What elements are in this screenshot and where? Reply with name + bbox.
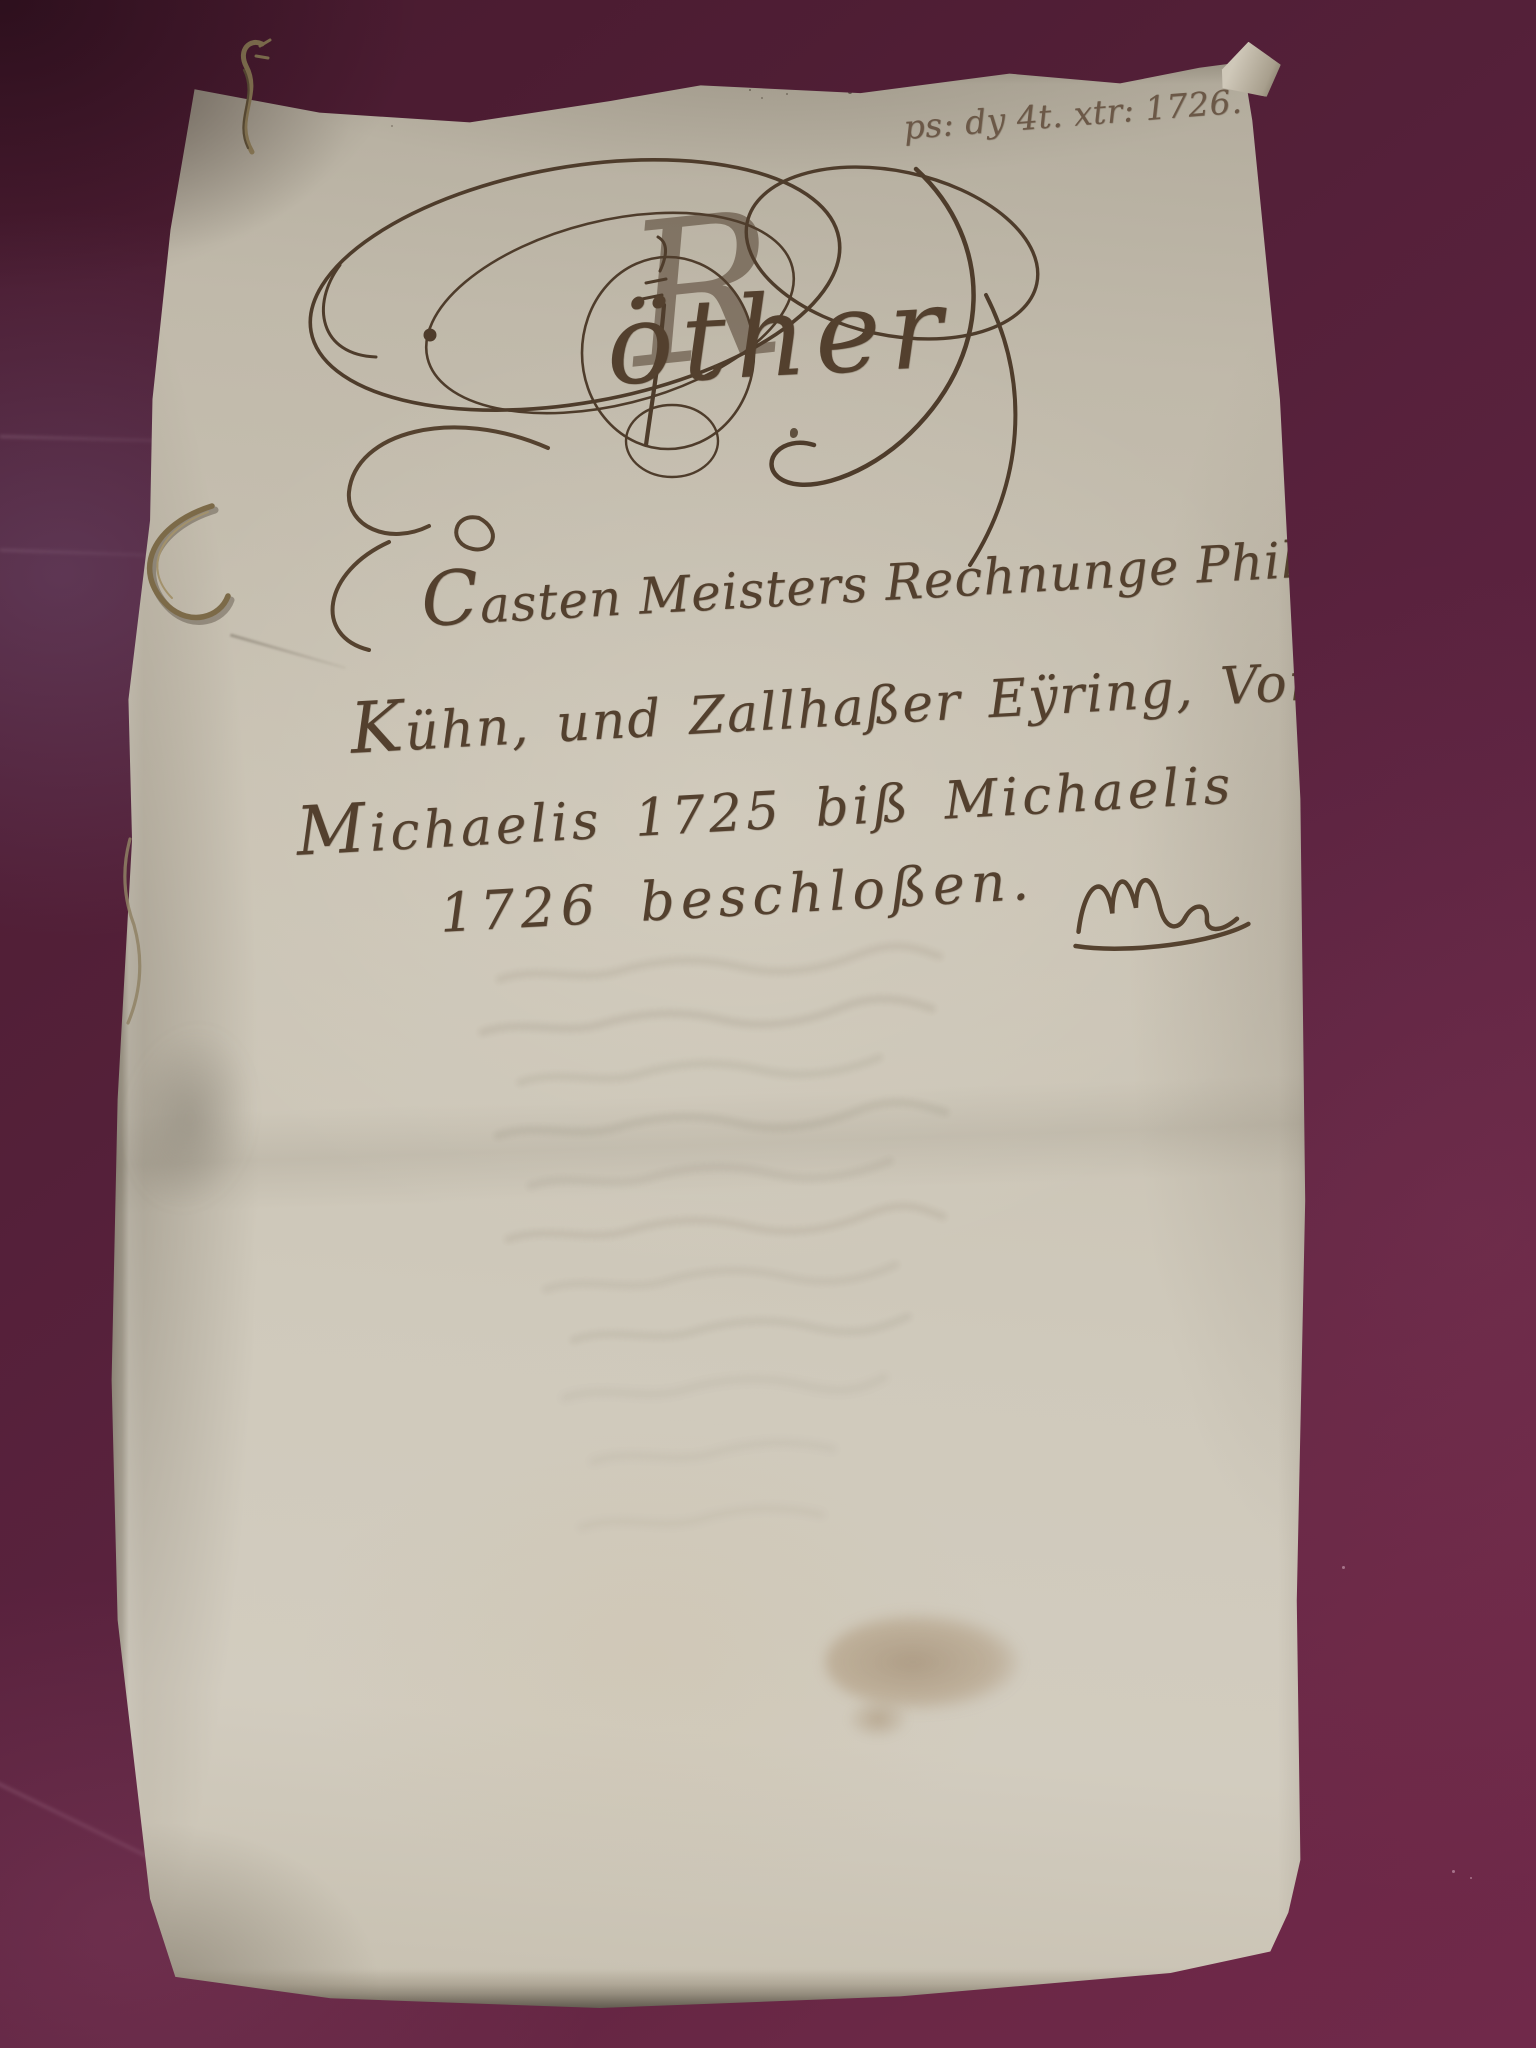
red-fleck [108, 60, 115, 66]
manuscript-cover-page: ps: dy 4t. xtr: 1726. R öther [108, 60, 1310, 2010]
binding-thread-left-lower [112, 835, 160, 1030]
foxing-spots [730, 82, 734, 86]
page-stack-edge [126, 1970, 1274, 2010]
show-through-writing [533, 1351, 902, 1560]
line1-initial: C [419, 553, 482, 644]
body-line-4: 1726 beschloßen. [438, 849, 1036, 945]
title-text: öther [603, 267, 953, 408]
annotation-date-text: ps: dy 4t. xtr: 1726. [902, 82, 1243, 148]
line1-superscript: ss [1346, 532, 1374, 563]
paraph-flourish [1059, 841, 1262, 972]
stain-bottom-right-small [846, 1698, 910, 1740]
annotation-date: ps: dy 4t. xtr: 1726. [902, 80, 1264, 147]
dust-speck [1342, 1566, 1345, 1569]
stain-bottom-right [825, 1613, 1020, 1711]
binding-thread-left [112, 498, 252, 638]
dust-speck [1452, 1870, 1455, 1873]
dust-speck [1470, 1877, 1472, 1879]
photo-scene: ps: dy 4t. xtr: 1726. R öther [0, 0, 1536, 2048]
binding-thread-top [190, 34, 300, 158]
ink-spot [108, 66, 113, 71]
show-through-writing [459, 937, 981, 1403]
smudge-left-edge [115, 1019, 264, 1217]
